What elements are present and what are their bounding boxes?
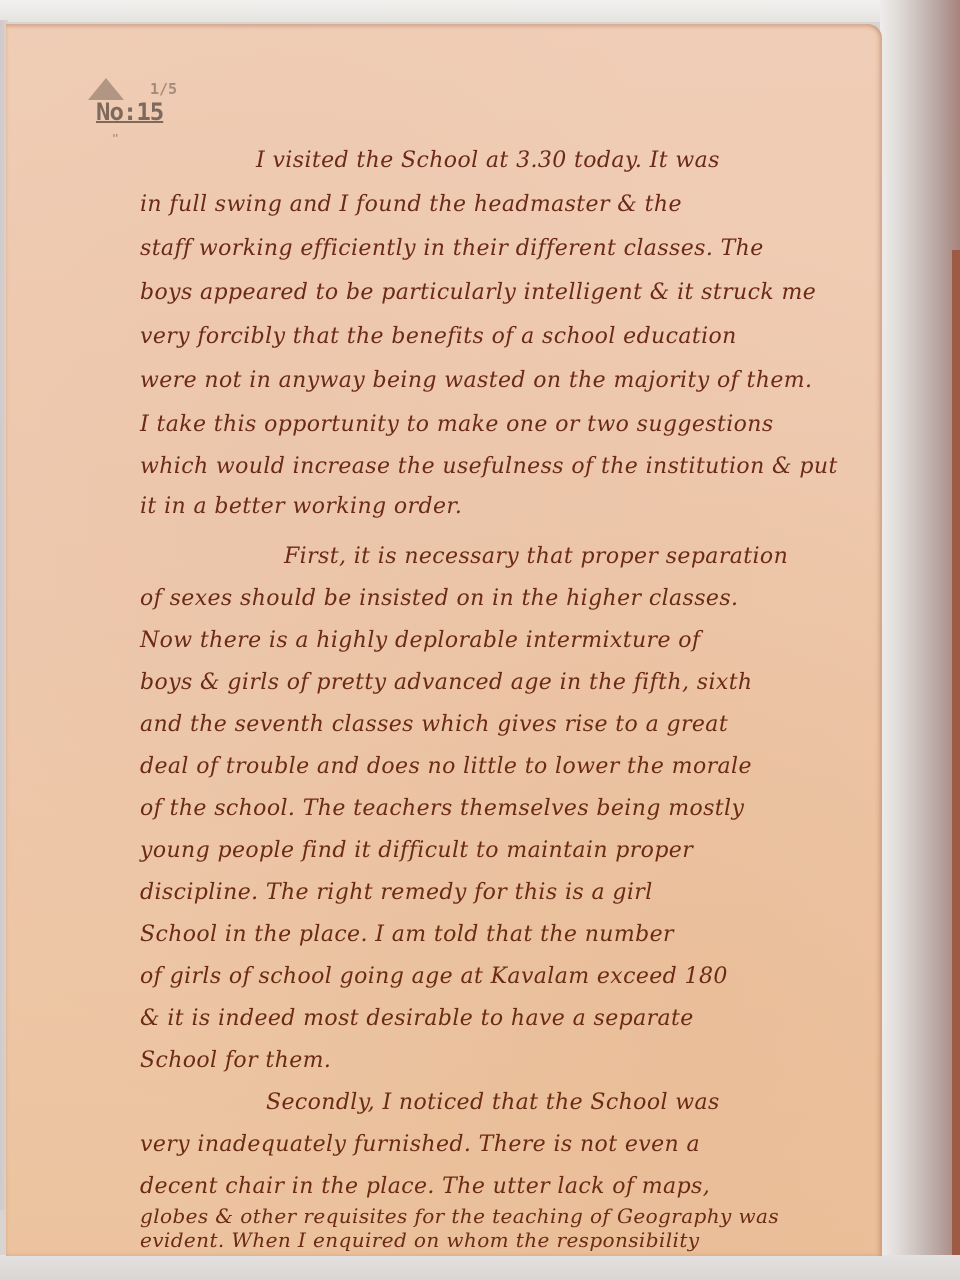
text-line: School for them.	[140, 1048, 331, 1073]
text-line: of girls of school going age at Kavalam …	[140, 964, 728, 989]
text-line: very forcibly that the benefits of a sch…	[140, 324, 737, 349]
text-line: very inadequately furnished. There is no…	[140, 1132, 700, 1157]
text-line: discipline. The right remedy for this is…	[140, 880, 653, 905]
text-line: young people find it difficult to mainta…	[140, 838, 693, 863]
text-line: evident. When I enquired on whom the res…	[140, 1228, 699, 1252]
text-line: in full swing and I found the headmaster…	[140, 192, 682, 217]
text-line: & it is indeed most desirable to have a …	[140, 1006, 694, 1031]
scanner-bottom-edge	[0, 1255, 960, 1280]
text-line: deal of trouble and does no little to lo…	[140, 754, 752, 779]
text-line: First, it is necessary that proper separ…	[284, 544, 788, 569]
text-line: Now there is a highly deplorable intermi…	[140, 628, 700, 653]
text-line: of sexes should be insisted on in the hi…	[140, 586, 738, 611]
text-line: globes & other requisites for the teachi…	[140, 1204, 779, 1228]
text-line: I visited the School at 3.30 today. It w…	[256, 148, 720, 173]
text-line: I take this opportunity to make one or t…	[140, 412, 774, 437]
text-line: it in a better working order.	[140, 494, 462, 519]
text-line: boys & girls of pretty advanced age in t…	[140, 670, 753, 695]
plastic-sleeve-edge	[880, 0, 960, 1280]
text-line: of the school. The teachers themselves b…	[140, 796, 744, 821]
text-line: Secondly, I noticed that the School was	[266, 1090, 720, 1115]
text-line: decent chair in the place. The utter lac…	[140, 1174, 710, 1199]
text-line: were not in anyway being wasted on the m…	[140, 368, 812, 393]
text-line: boys appeared to be particularly intelli…	[140, 280, 816, 305]
text-line: which would increase the usefulness of t…	[140, 454, 838, 479]
scanner-top-edge	[0, 0, 960, 22]
manuscript-page: 1/5 No:15 " I visited the School at 3.30…	[6, 24, 882, 1256]
text-line: staff working efficiently in their diffe…	[140, 236, 764, 261]
text-line: and the seventh classes which gives rise…	[140, 712, 728, 737]
text-line: School in the place. I am told that the …	[140, 922, 674, 947]
handwritten-body: I visited the School at 3.30 today. It w…	[6, 24, 882, 1256]
